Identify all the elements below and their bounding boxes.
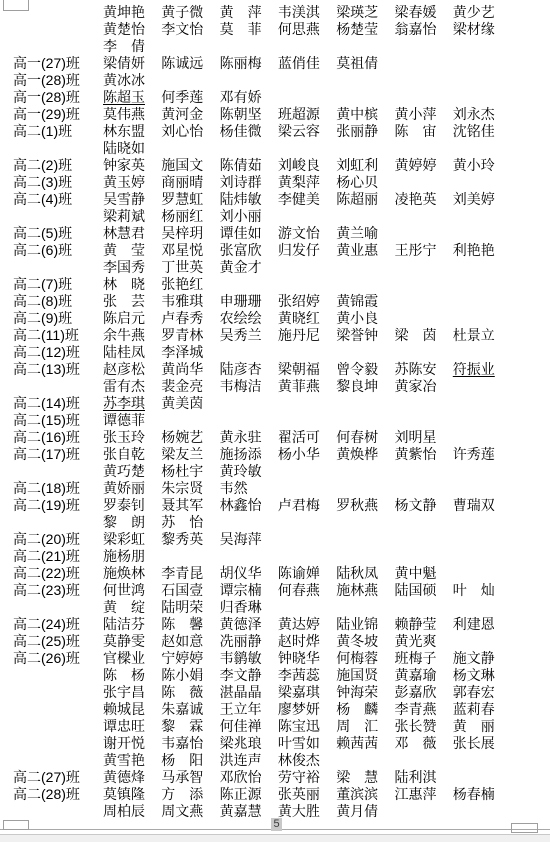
student-name: 杨婉艺 — [161, 429, 219, 446]
student-name: 罗秋燕 — [336, 497, 394, 514]
student-name: 杨 麟 — [336, 701, 394, 718]
student-name: 林俊杰 — [278, 752, 336, 769]
student-name: 胡仪华 — [220, 565, 278, 582]
student-name: 黎秀英 — [161, 531, 219, 548]
student-name: 黄 萍 — [220, 4, 278, 21]
student-name: 归发仔 — [278, 242, 336, 259]
student-name: 黄楚怡 — [103, 21, 161, 38]
student-name: 翁嘉怡 — [394, 21, 452, 38]
student-name: 陈 宙 — [394, 123, 452, 140]
student-name: 陈超丽 — [336, 191, 394, 208]
roster-row: 黄雪艳杨 阳洪连声林俊杰 — [0, 752, 550, 769]
student-name: 石国壹 — [161, 582, 219, 599]
student-name: 黄冬坡 — [336, 633, 394, 650]
student-name: 杨 阳 — [161, 752, 219, 769]
class-label: 高二(1)班 — [0, 123, 103, 140]
roster-row: 李国秀丁世英黄金才 — [0, 259, 550, 276]
student-name: 梁材缘 — [453, 21, 511, 38]
roster-row: 高二(7)班林 晓张艳红 — [0, 276, 550, 293]
student-name: 杨心贝 — [336, 174, 394, 191]
student-name: 黄月倩 — [336, 803, 394, 820]
student-name: 杨丽红 — [161, 208, 219, 225]
student-name: 黄婷婷 — [394, 157, 452, 174]
student-name: 罗青林 — [161, 327, 219, 344]
student-name: 黎良坤 — [336, 378, 394, 395]
roster-row: 高二(1)班林东盟刘心怡杨佳微梁云容张丽静陈 宙沈铭佳 — [0, 123, 550, 140]
student-name: 钟海荣 — [336, 684, 394, 701]
student-name: 陈 杨 — [103, 667, 161, 684]
page-corner-mark-bottom-right — [511, 823, 538, 833]
class-label: 高二(11)班 — [0, 327, 103, 344]
student-name: 周 汇 — [336, 718, 394, 735]
student-name: 邓星悦 — [161, 242, 219, 259]
roster-row: 高一(29)班莫伟燕黄河金陈朝坚班超源黄中槟黄小萍刘永杰 — [0, 106, 550, 123]
student-name: 陆业锦 — [336, 616, 394, 633]
student-name: 黄中魁 — [394, 565, 452, 582]
student-name: 利艳艳 — [453, 242, 511, 259]
student-name: 梁 茵 — [394, 327, 452, 344]
student-name: 张英丽 — [278, 786, 336, 803]
student-name: 赵彦松 — [103, 361, 161, 378]
student-name: 商丽晴 — [161, 174, 219, 191]
student-name: 韦渼淇 — [278, 4, 336, 21]
student-name: 杨佳微 — [220, 123, 278, 140]
student-name: 赖城昆 — [103, 701, 161, 718]
student-name: 李青昆 — [161, 565, 219, 582]
student-name: 谭佳如 — [220, 225, 278, 242]
student-name: 聂其军 — [161, 497, 219, 514]
student-name: 宁婷婷 — [161, 650, 219, 667]
student-name: 林东盟 — [103, 123, 161, 140]
student-name: 刘美婷 — [453, 191, 511, 208]
student-name: 陈宝迅 — [278, 718, 336, 735]
student-name: 何春树 — [336, 429, 394, 446]
roster-row: 高二(12)班陆桂凤李泽城 — [0, 344, 550, 361]
student-name: 刘明星 — [394, 429, 452, 446]
student-name: 李茜蕊 — [278, 667, 336, 684]
student-name: 梁友兰 — [161, 446, 219, 463]
student-name: 韦梅洁 — [220, 378, 278, 395]
student-name: 黄嘉瑜 — [394, 667, 452, 684]
class-label: 高二(6)班 — [0, 242, 103, 259]
student-name: 班超源 — [278, 106, 336, 123]
student-name: 何春燕 — [278, 582, 336, 599]
page-gap — [0, 834, 550, 842]
student-name: 莫伟燕 — [103, 106, 161, 123]
student-name: 黄永驻 — [220, 429, 278, 446]
student-name: 李健美 — [278, 191, 336, 208]
roster-row: 高二(4)班吴雪静罗慧虹陆炜敏李健美陈超丽凌艳英刘美婷 — [0, 191, 550, 208]
student-name: 黄子微 — [161, 4, 219, 21]
student-name: 叶雪如 — [278, 735, 336, 752]
student-name: 赖静莹 — [394, 616, 452, 633]
class-label: 高二(21)班 — [0, 548, 103, 565]
student-name: 陈启元 — [103, 310, 161, 327]
student-name: 陈小娟 — [161, 667, 219, 684]
student-name: 王立年 — [220, 701, 278, 718]
class-label: 高二(2)班 — [0, 157, 103, 174]
student-name: 雷有杰 — [103, 378, 161, 395]
class-label: 高二(9)班 — [0, 310, 103, 327]
student-name: 陈谕婵 — [278, 565, 336, 582]
roster-row: 高二(26)班官樑业宁婷婷韦鹟敏钟晓华何梅蓉班梅子施文静 — [0, 650, 550, 667]
student-name: 韦鹟敏 — [220, 650, 278, 667]
class-label: 高二(3)班 — [0, 174, 103, 191]
roster-row: 高二(2)班钟家英施国文陈倩茹刘峻良刘虹利黄婷婷黄小玲 — [0, 157, 550, 174]
roster-row: 高二(16)班张玉玲杨婉艺黄永驻翟活可何春树刘明星 — [0, 429, 550, 446]
roster-row: 谭忠旺黎 霖何佳禅陈宝迅周 汇张长赞黄 丽 — [0, 718, 550, 735]
roster-row: 高二(17)班张自乾梁友兰施扬添杨小华黄焕桦黄紫怡许秀莲 — [0, 446, 550, 463]
student-name: 吴海萍 — [220, 531, 278, 548]
roster-row: 高二(5)班林慧君吴梓玥谭佳如游文怡黄兰喻 — [0, 225, 550, 242]
roster-row: 高二(14)班苏李琪黄美茵 — [0, 395, 550, 412]
roster-row: 黎 朗苏 怡 — [0, 514, 550, 531]
class-label: 高一(27)班 — [0, 55, 103, 72]
student-name: 黄兰喻 — [336, 225, 394, 242]
class-label: 高二(22)班 — [0, 565, 103, 582]
student-name: 朱嘉诚 — [161, 701, 219, 718]
roster-row: 高一(28)班陈超玉何季莲邓有娇 — [0, 89, 550, 106]
student-name: 黄少艺 — [453, 4, 511, 21]
student-name: 方 添 — [161, 786, 219, 803]
class-label: 高二(5)班 — [0, 225, 103, 242]
roster-row: 陈 杨陈小娟李文静李茜蕊施国贤黄嘉瑜杨文琳 — [0, 667, 550, 684]
student-name: 黄玉婷 — [103, 174, 161, 191]
student-name: 黄金才 — [220, 259, 278, 276]
student-name: 刘诗群 — [220, 174, 278, 191]
student-name: 苏 怡 — [161, 514, 219, 531]
student-name: 黄焕桦 — [336, 446, 394, 463]
student-name: 朱宗贤 — [161, 480, 219, 497]
student-name: 黄巧楚 — [103, 463, 161, 480]
student-name: 张长展 — [453, 735, 511, 752]
student-name: 黄德烽 — [103, 769, 161, 786]
student-name: 施文静 — [453, 650, 511, 667]
student-name: 张长赞 — [394, 718, 452, 735]
student-name: 梁 慧 — [336, 769, 394, 786]
class-label: 高二(14)班 — [0, 395, 103, 412]
student-name: 张艳红 — [161, 276, 219, 293]
student-name: 吴秀兰 — [220, 327, 278, 344]
student-name: 黄家冶 — [394, 378, 452, 395]
student-name: 赖茜茜 — [336, 735, 394, 752]
roster-row: 高二(8)班张 芸韦雅琪申珊珊张绍婷黄锦霞 — [0, 293, 550, 310]
class-label: 高二(28)班 — [0, 786, 103, 803]
class-label: 高二(27)班 — [0, 769, 103, 786]
student-name: 申珊珊 — [220, 293, 278, 310]
student-name: 陆利淇 — [394, 769, 452, 786]
student-name: 陆国硕 — [394, 582, 452, 599]
student-name: 黄尚华 — [161, 361, 219, 378]
student-name: 何佳禅 — [220, 718, 278, 735]
student-name: 梁誉钟 — [336, 327, 394, 344]
page-corner-mark-bottom-left — [3, 820, 29, 830]
student-name: 黄河金 — [161, 106, 219, 123]
student-name: 黄紫怡 — [394, 446, 452, 463]
class-label: 高二(17)班 — [0, 446, 103, 463]
student-name: 何季莲 — [161, 89, 219, 106]
roster-row: 高二(20)班梁彩虹黎秀英吴海萍 — [0, 531, 550, 548]
student-name: 梁彩虹 — [103, 531, 161, 548]
student-name: 林 晓 — [103, 276, 161, 293]
student-name: 黄光爽 — [394, 633, 452, 650]
student-name: 彭嘉欣 — [394, 684, 452, 701]
student-name: 韦嘉怡 — [161, 735, 219, 752]
footer-page-number: 5 — [271, 818, 282, 831]
student-name: 梁嘉琪 — [278, 684, 336, 701]
student-name: 官樑业 — [103, 650, 161, 667]
student-name: 李国秀 — [103, 259, 161, 276]
student-name: 邓欣怡 — [220, 769, 278, 786]
roster-row: 高二(27)班黄德烽马承智邓欣怡劳守裕梁 慧陆利淇 — [0, 769, 550, 786]
class-label: 高二(25)班 — [0, 633, 103, 650]
student-name: 杨春楠 — [453, 786, 511, 803]
roster-row: 高二(11)班余牛燕罗青林吴秀兰施丹尼梁誉钟梁 茵杜景立 — [0, 327, 550, 344]
student-name: 黄大胜 — [278, 803, 336, 820]
student-name: 梁朝福 — [278, 361, 336, 378]
roster-row: 谢开悦韦嘉怡梁兆琅叶雪如赖茜茜邓 薇张长展 — [0, 735, 550, 752]
student-name: 刘峻良 — [278, 157, 336, 174]
student-name: 陆炜敏 — [220, 191, 278, 208]
student-name: 谭德菲 — [103, 412, 161, 429]
student-name: 裴金亮 — [161, 378, 219, 395]
student-name: 刘虹利 — [336, 157, 394, 174]
student-name: 黄锦霞 — [336, 293, 394, 310]
student-name: 莫镇隆 — [103, 786, 161, 803]
student-name: 陈 馨 — [161, 616, 219, 633]
student-name: 黄小良 — [336, 310, 394, 327]
student-name: 梁瑛芝 — [336, 4, 394, 21]
class-label: 高二(23)班 — [0, 582, 103, 599]
class-label: 高二(8)班 — [0, 293, 103, 310]
student-name: 农绘绘 — [220, 310, 278, 327]
class-label: 高二(7)班 — [0, 276, 103, 293]
class-label: 高一(28)班 — [0, 72, 103, 89]
student-name: 黄梨萍 — [278, 174, 336, 191]
student-name: 廖梦妍 — [278, 701, 336, 718]
student-name: 梁春媛 — [394, 4, 452, 21]
student-name: 蓝莉春 — [453, 701, 511, 718]
student-name: 杨小华 — [278, 446, 336, 463]
student-name: 黄菲燕 — [278, 378, 336, 395]
student-name: 陆彦杏 — [220, 361, 278, 378]
student-name: 董滨滨 — [336, 786, 394, 803]
roster-row: 梁莉斌杨丽红刘小丽 — [0, 208, 550, 225]
student-name: 周文燕 — [161, 803, 219, 820]
roster-row: 赖城昆朱嘉诚王立年廖梦妍杨 麟李青燕蓝莉春 — [0, 701, 550, 718]
student-name: 曹瑞双 — [453, 497, 511, 514]
student-name: 莫 菲 — [220, 21, 278, 38]
student-name: 苏李琪 — [103, 395, 161, 412]
student-name: 何思燕 — [278, 21, 336, 38]
student-name: 许秀莲 — [453, 446, 511, 463]
student-name: 施国文 — [161, 157, 219, 174]
student-name: 陈朝坚 — [220, 106, 278, 123]
student-name: 罗慧虹 — [161, 191, 219, 208]
student-name: 陆洁芬 — [103, 616, 161, 633]
student-name: 张 芸 — [103, 293, 161, 310]
student-name: 钟晓华 — [278, 650, 336, 667]
class-label: 高二(15)班 — [0, 412, 103, 429]
student-name: 归香琳 — [220, 599, 278, 616]
student-name: 陆桂凤 — [103, 344, 161, 361]
student-name: 施丹尼 — [278, 327, 336, 344]
student-name: 张绍婷 — [278, 293, 336, 310]
student-name: 梁倩妍 — [103, 55, 161, 72]
student-name: 符振业 — [453, 361, 511, 378]
student-name: 黎 霖 — [161, 718, 219, 735]
student-name: 施杨朋 — [103, 548, 161, 565]
roster-row: 高二(3)班黄玉婷商丽晴刘诗群黄梨萍杨心贝 — [0, 174, 550, 191]
student-name: 杨楚莹 — [336, 21, 394, 38]
class-label: 高二(19)班 — [0, 497, 103, 514]
student-roster: 黄坤艳黄子微黄 萍韦渼淇梁瑛芝梁春媛黄少艺黄楚怡李文怡莫 菲何思燕杨楚莹翁嘉怡梁… — [0, 4, 550, 820]
student-name: 黄小萍 — [394, 106, 452, 123]
student-name: 丁世英 — [161, 259, 219, 276]
roster-row: 高二(6)班黄 莹邓星悦张富欣归发仔黄业惠王彤宁利艳艳 — [0, 242, 550, 259]
roster-row: 高一(27)班梁倩妍陈诚远陈丽梅蓝俏佳莫祖倩 — [0, 55, 550, 72]
roster-row: 黄巧楚杨杜宇黄玲敏 — [0, 463, 550, 480]
student-name: 陈诚远 — [161, 55, 219, 72]
student-name: 何世鸿 — [103, 582, 161, 599]
student-name: 黄业惠 — [336, 242, 394, 259]
roster-row: 高二(28)班莫镇隆方 添陈正源张英丽董滨滨江惠萍杨春楠 — [0, 786, 550, 803]
student-name: 谢开悦 — [103, 735, 161, 752]
student-name: 劳守裕 — [278, 769, 336, 786]
student-name: 陆秋凤 — [336, 565, 394, 582]
roster-row: 高二(19)班罗泰钊聂其军林鑫怡卢君梅罗秋燕杨文静曹瑞双 — [0, 497, 550, 514]
student-name: 卢君梅 — [278, 497, 336, 514]
student-name: 谭宗楠 — [220, 582, 278, 599]
roster-row: 黄 绽陆明荣归香琳 — [0, 599, 550, 616]
student-name: 张丽静 — [336, 123, 394, 140]
roster-row: 高二(18)班黄娇丽朱宗贤韦然 — [0, 480, 550, 497]
student-name: 利建恩 — [453, 616, 511, 633]
student-name: 梁兆琅 — [220, 735, 278, 752]
student-name: 黄达婷 — [278, 616, 336, 633]
student-name: 曾令毅 — [336, 361, 394, 378]
roster-row: 陆晓如 — [0, 140, 550, 157]
roster-row: 张宇昌陈 薇湛晶晶梁嘉琪钟海荣彭嘉欣郭春宏 — [0, 684, 550, 701]
roster-row: 黄楚怡李文怡莫 菲何思燕杨楚莹翁嘉怡梁材缘 — [0, 21, 550, 38]
student-name: 翟活可 — [278, 429, 336, 446]
student-name: 韦然 — [220, 480, 278, 497]
student-name: 冼丽静 — [220, 633, 278, 650]
student-name: 张玉玲 — [103, 429, 161, 446]
student-name: 林慧君 — [103, 225, 161, 242]
student-name: 蓝俏佳 — [278, 55, 336, 72]
student-name: 张自乾 — [103, 446, 161, 463]
student-name: 刘永杰 — [453, 106, 511, 123]
student-name: 施扬添 — [220, 446, 278, 463]
student-name: 赵如意 — [161, 633, 219, 650]
student-name: 谭忠旺 — [103, 718, 161, 735]
student-name: 沈铭佳 — [453, 123, 511, 140]
student-name: 黄玲敏 — [220, 463, 278, 480]
student-name: 黄娇丽 — [103, 480, 161, 497]
student-name: 张宇昌 — [103, 684, 161, 701]
student-name: 陈超玉 — [103, 89, 161, 106]
roster-row: 高二(15)班谭德菲 — [0, 412, 550, 429]
student-name: 黄中槟 — [336, 106, 394, 123]
student-name: 黄德泽 — [220, 616, 278, 633]
class-label: 高二(20)班 — [0, 531, 103, 548]
student-name: 罗泰钊 — [103, 497, 161, 514]
student-name: 马承智 — [161, 769, 219, 786]
student-name: 李泽城 — [161, 344, 219, 361]
student-name: 余牛燕 — [103, 327, 161, 344]
roster-row: 高一(28)班黄冰冰 — [0, 72, 550, 89]
document-page[interactable]: 黄坤艳黄子微黄 萍韦渼淇梁瑛芝梁春媛黄少艺黄楚怡李文怡莫 菲何思燕杨楚莹翁嘉怡梁… — [0, 0, 550, 842]
student-name: 刘心怡 — [161, 123, 219, 140]
roster-row: 高二(25)班莫静雯赵如意冼丽静赵时烨黄冬坡黄光爽 — [0, 633, 550, 650]
roster-row: 高二(21)班施杨朋 — [0, 548, 550, 565]
student-name: 施林燕 — [336, 582, 394, 599]
class-label: 高一(29)班 — [0, 106, 103, 123]
roster-row: 高二(22)班施焕林李青昆胡仪华陈谕婵陆秋凤黄中魁 — [0, 565, 550, 582]
roster-row: 高二(9)班陈启元卢春秀农绘绘黄晓红黄小良 — [0, 310, 550, 327]
student-name: 陆晓如 — [103, 140, 161, 157]
student-name: 梁云容 — [278, 123, 336, 140]
class-label: 高一(28)班 — [0, 89, 103, 106]
student-name: 黄 绽 — [103, 599, 161, 616]
student-name: 江惠萍 — [394, 786, 452, 803]
student-name: 黄坤艳 — [103, 4, 161, 21]
student-name: 刘小丽 — [220, 208, 278, 225]
roster-row: 李 倩 — [0, 38, 550, 55]
student-name: 李文静 — [220, 667, 278, 684]
student-name: 黄小玲 — [453, 157, 511, 174]
student-name: 李青燕 — [394, 701, 452, 718]
student-name: 施国贤 — [336, 667, 394, 684]
student-name: 梁莉斌 — [103, 208, 161, 225]
student-name: 莫静雯 — [103, 633, 161, 650]
student-name: 钟家英 — [103, 157, 161, 174]
student-name: 苏陈安 — [394, 361, 452, 378]
student-name: 韦雅琪 — [161, 293, 219, 310]
student-name: 赵时烨 — [278, 633, 336, 650]
roster-row: 高二(24)班陆洁芬陈 馨黄德泽黄达婷陆业锦赖静莹利建恩 — [0, 616, 550, 633]
class-label: 高二(18)班 — [0, 480, 103, 497]
student-name: 何梅蓉 — [336, 650, 394, 667]
roster-row: 雷有杰裴金亮韦梅洁黄菲燕黎良坤黄家冶 — [0, 378, 550, 395]
student-name: 陈倩茹 — [220, 157, 278, 174]
student-name: 张富欣 — [220, 242, 278, 259]
student-name: 卢春秀 — [161, 310, 219, 327]
student-name: 邓有娇 — [220, 89, 278, 106]
student-name: 游文怡 — [278, 225, 336, 242]
student-name: 李 倩 — [103, 38, 161, 55]
student-name: 陆明荣 — [161, 599, 219, 616]
student-name: 陈丽梅 — [220, 55, 278, 72]
roster-row: 黄坤艳黄子微黄 萍韦渼淇梁瑛芝梁春媛黄少艺 — [0, 4, 550, 21]
class-label: 高二(16)班 — [0, 429, 103, 446]
student-name: 吴雪静 — [103, 191, 161, 208]
student-name: 杜景立 — [453, 327, 511, 344]
student-name: 黄 丽 — [453, 718, 511, 735]
student-name: 黄晓红 — [278, 310, 336, 327]
student-name: 叶 灿 — [453, 582, 511, 599]
student-name: 施焕林 — [103, 565, 161, 582]
class-label: 高二(12)班 — [0, 344, 103, 361]
student-name: 湛晶晶 — [220, 684, 278, 701]
student-name: 黄 莹 — [103, 242, 161, 259]
student-name: 黄美茵 — [161, 395, 219, 412]
student-name: 洪连声 — [220, 752, 278, 769]
student-name: 班梅子 — [394, 650, 452, 667]
student-name: 杨文琳 — [453, 667, 511, 684]
student-name: 黄嘉慧 — [220, 803, 278, 820]
